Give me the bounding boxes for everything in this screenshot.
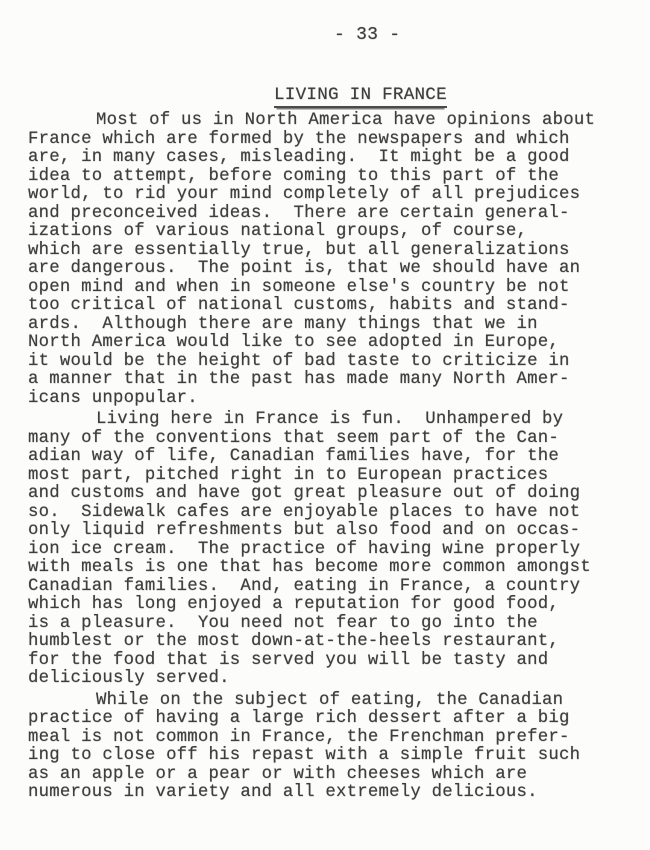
text-line: While on the subject of eating, the Cana… (28, 692, 628, 711)
text-line: France which are formed by the newspaper… (28, 131, 628, 150)
text-line: many of the conventions that seem part o… (28, 430, 628, 449)
page-number: - 33 - (334, 25, 400, 45)
text-line: humblest or the most down-at-the-heels r… (28, 633, 628, 652)
text-line: with meals is one that has become more c… (28, 559, 628, 578)
text-line: izations of various national groups, of … (28, 223, 628, 242)
text-line: North America would like to see adopted … (28, 334, 628, 353)
text-line: only liquid refreshments but also food a… (28, 522, 628, 541)
text-line: ards. Although there are many things tha… (28, 316, 628, 335)
text-line: deliciously served. (28, 670, 628, 689)
text-line: as an apple or a pear or with cheeses wh… (28, 766, 628, 785)
text-line: it would be the height of bad taste to c… (28, 353, 628, 372)
text-line: Living here in France is fun. Unhampered… (28, 411, 628, 430)
document-page: - 33 - LIVING IN FRANCE Most of us in No… (0, 0, 650, 850)
text-line: are dangerous. The point is, that we sho… (28, 260, 628, 279)
text-line: which are essentially true, but all gene… (28, 242, 628, 261)
paragraph: Most of us in North America have opinion… (28, 112, 628, 408)
text-line: meal is not common in France, the French… (28, 729, 628, 748)
text-line: open mind and when in someone else's cou… (28, 279, 628, 298)
text-line: is a pleasure. You need not fear to go i… (28, 615, 628, 634)
text-line: numerous in variety and all extremely de… (28, 784, 628, 803)
text-line: too critical of national customs, habits… (28, 297, 628, 316)
text-line: which has long enjoyed a reputation for … (28, 596, 628, 615)
text-line: and preconceived ideas. There are certai… (28, 205, 628, 224)
text-line: practice of having a large rich dessert … (28, 710, 628, 729)
page-title: LIVING IN FRANCE (274, 85, 447, 108)
text-line: so. Sidewalk cafes are enjoyable places … (28, 504, 628, 523)
text-line: Most of us in North America have opinion… (28, 112, 628, 131)
text-line: adian way of life, Canadian families hav… (28, 448, 628, 467)
paragraph: Living here in France is fun. Unhampered… (28, 411, 628, 689)
text-line: ing to close off his repast with a simpl… (28, 747, 628, 766)
text-line: world, to rid your mind completely of al… (28, 186, 628, 205)
paragraph: While on the subject of eating, the Cana… (28, 692, 628, 803)
text-line: a manner that in the past has made many … (28, 371, 628, 390)
document-body: Most of us in North America have opinion… (28, 112, 628, 803)
text-line: Canadian families. And, eating in France… (28, 578, 628, 597)
text-line: are, in many cases, misleading. It might… (28, 149, 628, 168)
text-line: ion ice cream. The practice of having wi… (28, 541, 628, 560)
text-line: icans unpopular. (28, 390, 628, 409)
text-line: idea to attempt, before coming to this p… (28, 168, 628, 187)
text-line: for the food that is served you will be … (28, 652, 628, 671)
text-line: and customs and have got great pleasure … (28, 485, 628, 504)
text-line: most part, pitched right in to European … (28, 467, 628, 486)
